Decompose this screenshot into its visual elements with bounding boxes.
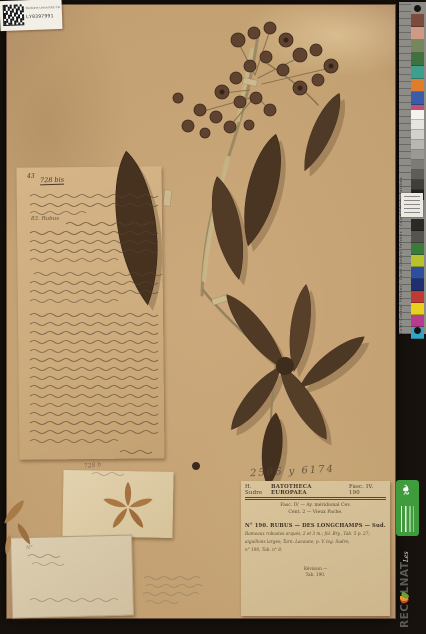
- manuscript-handwriting: [30, 195, 162, 454]
- barcode-institution: Herbiers Université Claude Bernard: [26, 5, 60, 10]
- label-note-line-2: aiguillons larges; Tarn: Lacaune, p. V. …: [245, 539, 386, 545]
- leaf-shadows: [112, 95, 375, 494]
- herbonautes-badge: ❧: [396, 480, 419, 536]
- barcode-label: Herbiers Université Claude Bernard LY039…: [0, 0, 63, 31]
- printed-label: H. Sudre BATOTHECA EUROPAEA Fasc. IV. 19…: [241, 481, 390, 616]
- datamatrix-icon: [3, 4, 25, 26]
- herbonautes-text-lines: [401, 506, 414, 532]
- punch-hole-top: [414, 5, 421, 12]
- label-note-line-3: n° 190, Tab. n° 8.: [245, 547, 386, 553]
- recolnat-logo: REC LNAT: [397, 550, 412, 628]
- envelope-corner-note: N°: [26, 545, 33, 551]
- color-calibration-strip: Color Control Patches · Color Control Pa…: [399, 2, 426, 334]
- punch-hole-bottom: [414, 327, 421, 334]
- label-divider: [245, 497, 386, 500]
- strip-mini-label: [401, 193, 423, 217]
- recolnat-leaves-icon: [400, 594, 410, 603]
- label-author: H. Sudre: [245, 484, 271, 496]
- strip-label: Color Control Patches · Color Control Pa…: [399, 2, 411, 334]
- manuscript-species-ref: 83. Rubus: [31, 216, 59, 222]
- hand-leaf-icon: ❧: [396, 481, 416, 497]
- manuscript-header: 728 bis: [40, 176, 64, 186]
- barcode-number: LY0397991: [26, 14, 54, 20]
- manuscript-corner-number: 43: [27, 173, 35, 180]
- label-header: H. Sudre BATOTHECA EUROPAEA Fasc. IV. 19…: [245, 484, 386, 496]
- label-title: BATOTHECA EUROPAEA: [271, 484, 349, 496]
- label-note-line-1: Rameaux robustes arqués, 2 et 3 m.; fol.…: [245, 531, 386, 537]
- label-subtitle-2: Cent. 2 — Vieux Pache.: [245, 510, 386, 517]
- label-species-line: N° 190. RUBUS — DES LONGCHAMPS — Sud.: [245, 523, 386, 529]
- color-chips-bottom: [411, 219, 424, 339]
- label-fascicle: Fasc. IV. 190: [349, 484, 386, 496]
- recolnat-text-pre: REC: [399, 604, 411, 628]
- pencil-handwriting: [28, 473, 202, 604]
- herbarium-scan: 43 728 bis 83. Rubus 728 b N° 2506 y 617…: [0, 0, 426, 634]
- grayscale-ramp: [411, 110, 424, 200]
- recolnat-text-post: LNAT: [399, 562, 411, 594]
- label-footer-2: Tab. 190.: [245, 572, 386, 578]
- color-chips-top: [411, 14, 424, 118]
- leaflet-star-specimen: [103, 482, 154, 529]
